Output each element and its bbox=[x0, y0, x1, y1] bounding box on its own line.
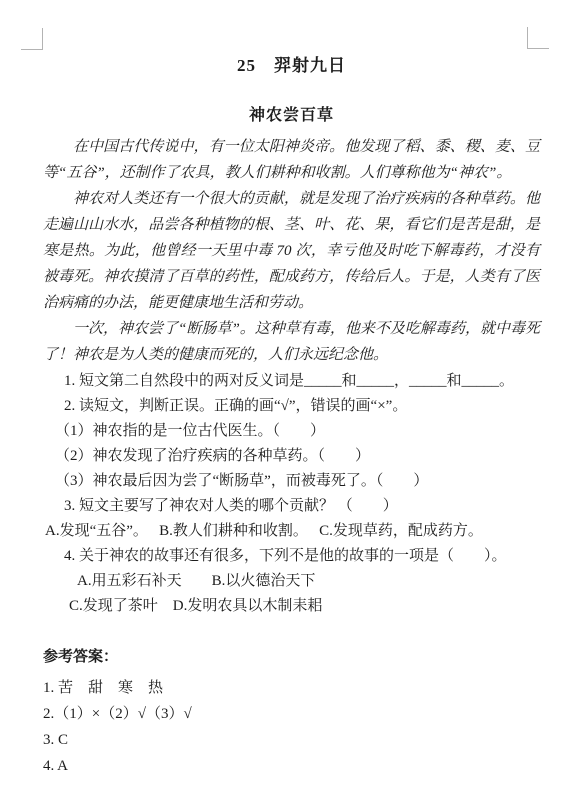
question-3-options: A.发现“五谷”。 B.教人们耕种和收割。 C.发现草药，配成药方。 bbox=[43, 519, 540, 544]
question-1-blanks: 1. 短文第二自然段中的两对反义词是_____和_____，_____和____… bbox=[43, 369, 540, 394]
passage-title: 神农尝百草 bbox=[43, 106, 540, 125]
question-3: 3. 短文主要写了神农对人类的哪个贡献？ （ ） bbox=[43, 494, 540, 519]
answers-section: 参考答案： 1. 苦 甜 寒 热 2.（1）×（2）√（3）√ 3. C 4. … bbox=[43, 647, 540, 779]
question-2-item-3: （3）神农最后因为尝了“断肠草”，而被毒死了。（ ） bbox=[43, 469, 540, 494]
question-2-item-1: （1）神农指的是一位古代医生。（ ） bbox=[43, 419, 540, 444]
lesson-title: 25 羿射九日 bbox=[43, 56, 540, 76]
passage-paragraph-1: 在中国古代传说中，有一位太阳神炎帝。他发现了稻、黍、稷、麦、豆等“五谷”，还制作… bbox=[43, 134, 540, 186]
answers-header: 参考答案： bbox=[43, 647, 540, 667]
passage-body: 在中国古代传说中，有一位太阳神炎帝。他发现了稻、黍、稷、麦、豆等“五谷”，还制作… bbox=[43, 134, 540, 368]
worksheet-page: 25 羿射九日 神农尝百草 在中国古代传说中，有一位太阳神炎帝。他发现了稻、黍、… bbox=[0, 0, 582, 788]
question-4-options-ab: A.用五彩石补天 B.以火德治天下 bbox=[43, 569, 540, 594]
passage-paragraph-2: 神农对人类还有一个很大的贡献，就是发现了治疗疾病的各种草药。他走遍山山水水，品尝… bbox=[43, 186, 540, 316]
question-2-item-2: （2）神农发现了治疗疾病的各种草药。（ ） bbox=[43, 444, 540, 469]
answer-item-1: 1. 苦 甜 寒 热 bbox=[43, 675, 540, 701]
questions-section: 1. 短文第二自然段中的两对反义词是_____和_____，_____和____… bbox=[43, 369, 540, 619]
answer-item-3: 3. C bbox=[43, 727, 540, 753]
page-content: 25 羿射九日 神农尝百草 在中国古代传说中，有一位太阳神炎帝。他发现了稻、黍、… bbox=[0, 0, 582, 779]
question-2: 2. 读短文，判断正误。正确的画“√”，错误的画“×”。 bbox=[43, 394, 540, 419]
passage-paragraph-3: 一次，神农尝了“断肠草”。这种草有毒，他来不及吃解毒药，就中毒死了！神农是为人类… bbox=[43, 316, 540, 368]
question-4: 4. 关于神农的故事还有很多，下列不是他的故事的一项是（ ）。 bbox=[43, 544, 540, 569]
question-4-options-cd: C.发现了茶叶 D.发明农具以木制耒耜 bbox=[43, 594, 540, 619]
answers-list: 1. 苦 甜 寒 热 2.（1）×（2）√（3）√ 3. C 4. A bbox=[43, 675, 540, 779]
answer-item-4: 4. A bbox=[43, 753, 540, 779]
answer-item-2: 2.（1）×（2）√（3）√ bbox=[43, 701, 540, 727]
